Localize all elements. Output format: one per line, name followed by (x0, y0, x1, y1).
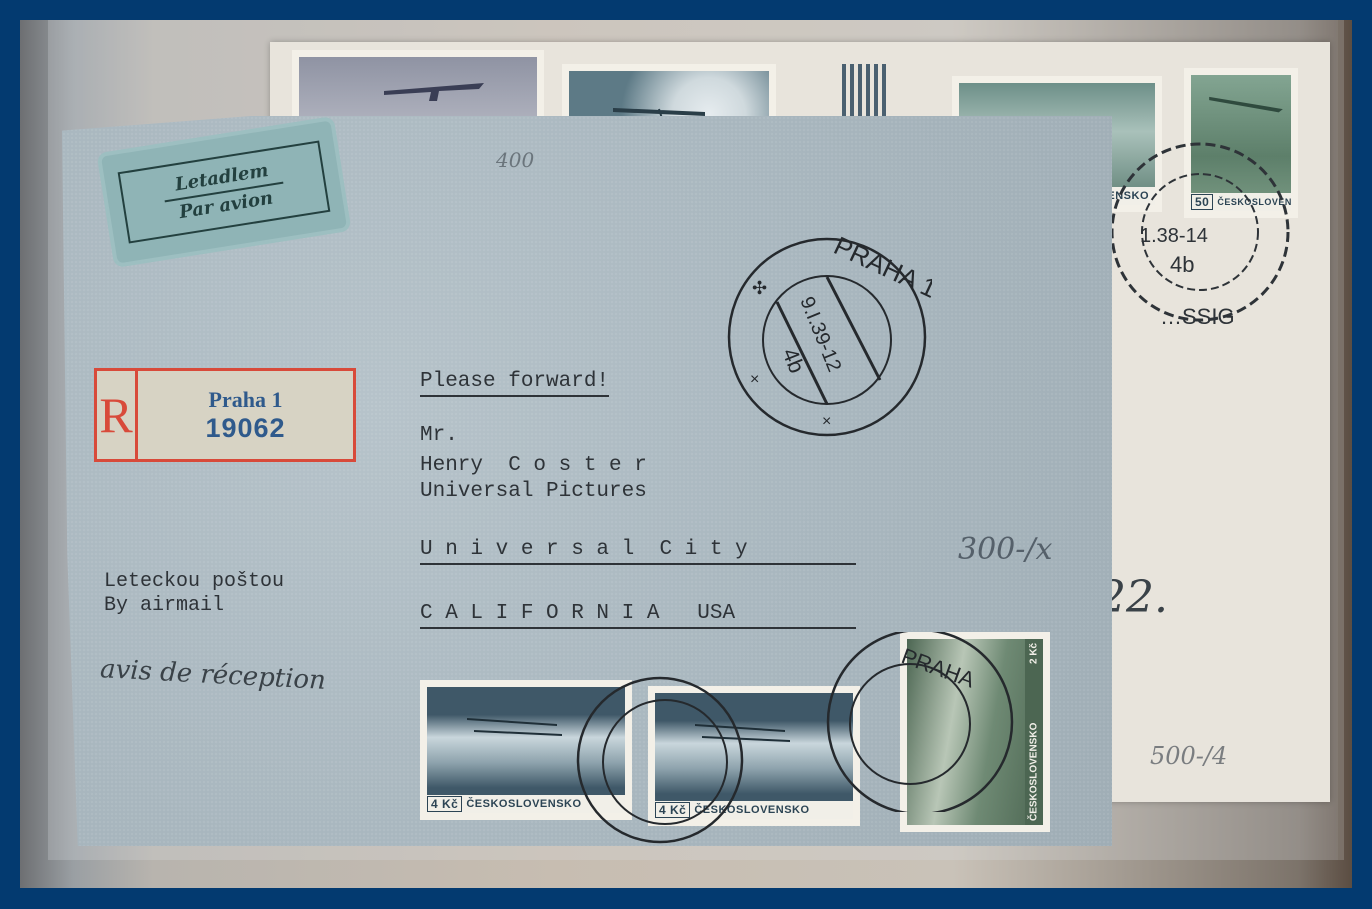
address-line: Universal Pictures (420, 480, 647, 503)
airplane-icon (379, 77, 489, 107)
address-line: Henry C o s t e r (420, 454, 647, 477)
pencil-note: 400 (496, 148, 534, 172)
svg-text:PRAHA 1: PRAHA 1 (829, 232, 932, 304)
pencil-note: 300-/x (958, 532, 1052, 567)
pencil-note: 500-/4 (1150, 742, 1227, 770)
svg-text:×: × (822, 413, 831, 430)
instruction-text: Please forward! (420, 370, 609, 397)
service-note: Leteckou poštou (104, 570, 284, 593)
svg-text:1.38-14: 1.38-14 (1140, 225, 1208, 247)
svg-text:PRAHA: PRAHA (898, 643, 978, 693)
address-line: Mr. (420, 424, 458, 447)
airplane-icon (1201, 90, 1291, 120)
postmark-on-stamps: PRAHA (810, 632, 1030, 812)
biplane-icon (462, 712, 572, 742)
address-state-country: C A L I F O R N I A USA (420, 602, 856, 629)
service-note: By airmail (104, 594, 224, 617)
postmark: 4b 1.38-14 …SSIG (1100, 132, 1300, 332)
svg-text:4b: 4b (777, 345, 809, 377)
postmark-on-stamps (560, 670, 780, 850)
svg-text:4b: 4b (1170, 252, 1194, 277)
registration-label: R Praha 1 19062 (94, 368, 356, 462)
address-city: U n i v e r s a l C i t y (420, 538, 856, 565)
svg-text:×: × (750, 371, 759, 388)
postmark-praha: PRAHA 1 9.I.39-12 4b ✣ × × (722, 232, 932, 442)
svg-text:…SSIG: …SSIG (1160, 304, 1235, 329)
svg-text:✣: ✣ (752, 278, 767, 298)
